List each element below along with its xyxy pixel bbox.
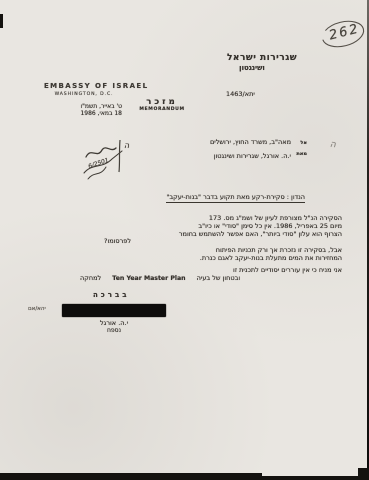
to-line: מאה"ב, משרד החוץ, ירושלים	[210, 138, 291, 146]
signer-title: נספח	[62, 327, 166, 334]
date-hebrew: ט' באייר, תשמ"ו	[81, 103, 122, 110]
subject-text: סקירת-רקע מאת תקוע בדבר "בנות-יעקב"	[166, 193, 284, 201]
letterhead-hebrew-name: שגרירות ישראל	[192, 53, 332, 63]
redacted-signature-bar	[62, 304, 166, 317]
memo-title-english: MEMORANDUM	[120, 107, 204, 112]
date-gregorian: 18 במאי, 1986	[80, 110, 122, 117]
body-p1-line4: לפרסומו?	[104, 237, 131, 245]
letterhead-hebrew-city: ושינגטון	[192, 64, 312, 72]
body-p3-line1: אני מניח כי אין עוררים יסודיים לתכנית זו	[233, 266, 342, 274]
body-p1-line1: הסקירה הנ"ל מצורפת לעיון של ושמ"ג מס. 17…	[209, 214, 342, 222]
letterhead-english-name: EMBASSY OF ISRAEL	[44, 82, 148, 90]
memo-title-hebrew: מזכר	[120, 97, 204, 107]
body-p1-line3: הצרוף הוא עלון "סודי ביותר", האם אפשר לה…	[179, 230, 342, 238]
body-p2-line2: המחזירות את המים מתעלת בנות-יעקב לאגם כנ…	[200, 254, 342, 262]
from-label: מאת	[296, 151, 307, 157]
scan-edge-top-left-tick	[0, 14, 3, 28]
letterhead-english-city: WASHINGTON, D.C.	[44, 92, 124, 97]
handwritten-margin-stroke: ה	[116, 139, 132, 173]
typist-initials: יהא/אם	[28, 306, 46, 312]
subject-label: הנדון	[291, 193, 305, 201]
margin-mark-left: ה	[124, 141, 129, 150]
handwritten-page-number: 262	[318, 16, 366, 52]
body-p3-line2: ובטחון של בעיה Ten Year Master Plan למחק…	[80, 274, 240, 282]
reference-number: יתא/1463	[226, 90, 255, 98]
to-label: אל	[300, 140, 307, 146]
ten-year-master-plan-text: Ten Year Master Plan	[112, 275, 185, 282]
scanned-memo-page: { "colors":{"paper":"#e9e6e1","ink":"#35…	[0, 0, 369, 480]
p3-pre-text: ובטחון של בעיה	[197, 274, 241, 282]
scan-edge-bottom-right	[230, 476, 369, 480]
closing-word: בברכה	[93, 291, 130, 299]
signer-name: י.ה. אורגל	[62, 319, 166, 327]
subject-line: הנדון : סקירת-רקע מאת תקוע בדבר "בנות-יע…	[166, 193, 305, 203]
from-line: י.ה. אורגל, שגרירות ושינגטון	[214, 152, 291, 160]
p3-post-text: למחקה	[80, 274, 101, 282]
scan-edge-bottom-left	[0, 473, 262, 480]
scan-corner-blotch	[358, 468, 369, 480]
margin-mark-right: ה	[329, 140, 336, 151]
